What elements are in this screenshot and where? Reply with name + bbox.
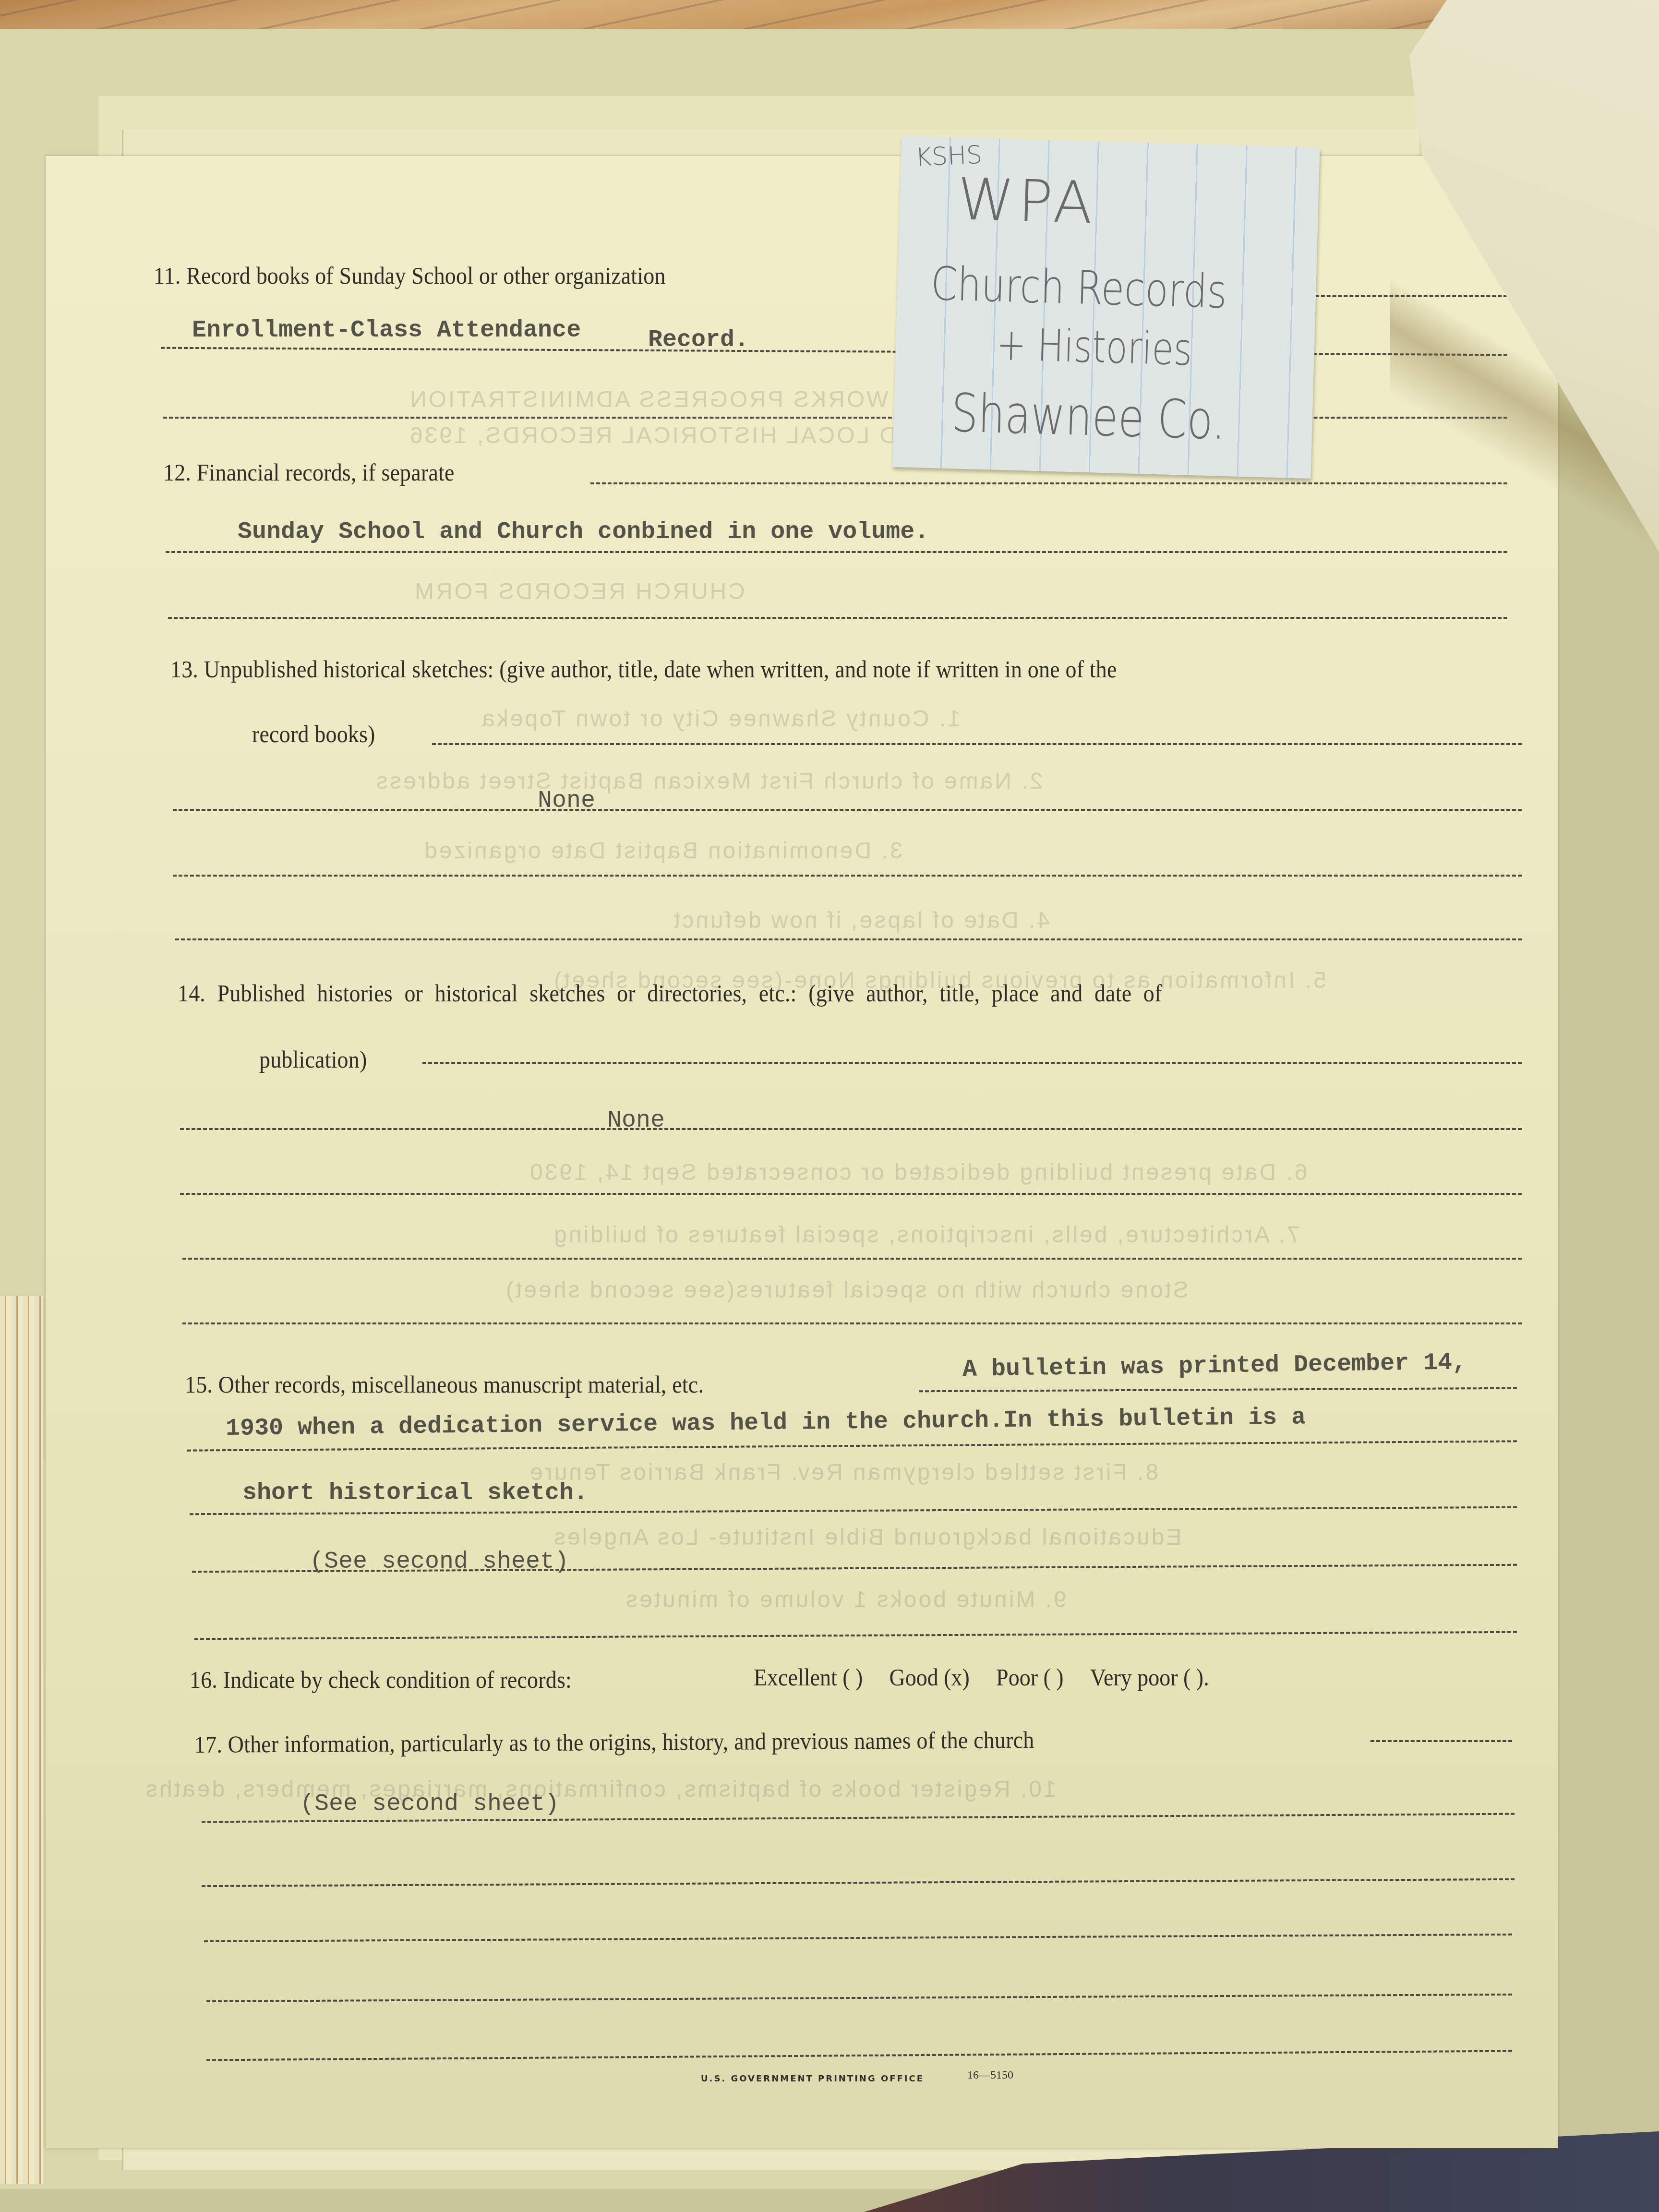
q12-fill-line-0[interactable] [590,482,1507,484]
note-line-histories: + Histories [996,319,1192,375]
bleed-through-text: Stone church with no special features(se… [504,1277,1189,1303]
q16-option-good[interactable]: Good (x) [890,1663,970,1691]
bleed-through-text: 10. Register books of baptisms, confirma… [144,1776,1057,1803]
q16-label: 16. Indicate by check condition of recor… [190,1666,572,1694]
bleed-through-text: CHURCH RECORDS FORM [413,578,745,605]
q13-fill-line-3[interactable] [175,938,1522,940]
bleed-through-text: 7. Architecture, bells, inscriptions, sp… [552,1222,1300,1248]
checkbox-empty: ( ). [1183,1664,1209,1691]
q16-option-excellent[interactable]: Excellent ( ) [754,1663,863,1691]
church-records-form-page [46,156,1558,2148]
bleed-through-text: 2. Name of church First Mexican Baptist … [374,768,1043,794]
q13-label: 13. Unpublished historical sketches: (gi… [170,655,1117,683]
checkbox-empty: ( ) [1044,1664,1064,1691]
q14-answer-text: None [607,1107,665,1134]
bleed-through-text: 9. Minute books 1 volume of minutes [624,1587,1067,1613]
q15-label: 15. Other records, miscellaneous manuscr… [185,1370,704,1398]
bleed-through-text: Educational background Bible Institute- … [552,1524,1181,1551]
bleed-through-text: 8. First settled clergyman Rev. Frank Ba… [528,1459,1158,1486]
bleed-through-text: 6. Date present building dedicated or co… [528,1159,1308,1186]
left-paper-stack [0,1296,43,2184]
q12-answer-text: Sunday School and Church conbined in one… [238,518,929,546]
q14-label-continued: publication) [259,1046,367,1073]
bleed-through-text: 3. Denomination Baptist Date organized [422,838,903,864]
checkbox-empty: ( ) [842,1664,863,1691]
q16-option-very-poor[interactable]: Very poor ( ). [1090,1663,1209,1691]
q17-label: 17. Other information, particularly as t… [194,1726,1034,1758]
q11-label: 11. Record books of Sunday School or oth… [154,262,666,289]
q16-options: Excellent ( ) Good (x) Poor ( ) Very poo… [754,1663,1209,1691]
q14-fill-line-1[interactable] [180,1128,1522,1130]
q14-fill-line-3[interactable] [182,1258,1522,1260]
handwritten-sticky-note: KSHS WPA Church Records + Histories Shaw… [892,136,1320,479]
q12-fill-line-1[interactable] [166,551,1507,553]
bleed-through-text: 1. County Shawnee City or town Topeka [480,706,961,732]
q14-fill-line-2[interactable] [180,1193,1522,1195]
q14-label: 14. Published histories or historical sk… [178,979,1162,1007]
note-line-church-records: Church Records [930,257,1227,319]
bleed-through-text: 4. Date of lapse, if now defunct [672,907,1050,934]
q12-fill-line-2[interactable] [168,617,1507,619]
note-line-wpa: WPA [956,166,1097,237]
q15-answer-line-3: short historical sketch. [242,1479,588,1507]
bleed-through-text: WORKS PROGRESS ADMINISTRATION [408,386,889,413]
q14-fill-line-0[interactable] [422,1062,1522,1064]
q13-fill-line-0[interactable] [432,743,1522,745]
form-number: 16—5150 [967,2069,1013,2082]
q13-label-continued: record books) [252,720,375,748]
q13-fill-line-2[interactable] [173,875,1522,877]
printer-credit: U.S. GOVERNMENT PRINTING OFFICE [701,2074,924,2084]
checkbox-checked-x-icon: (x) [944,1664,970,1691]
q11-answer-text: Enrollment-Class Attendance [192,317,581,344]
q17-fill-line-0[interactable] [1370,1740,1512,1742]
q13-fill-line-1[interactable] [173,809,1522,811]
q14-fill-line-4[interactable] [182,1322,1522,1324]
q12-label: 12. Financial records, if separate [163,458,455,486]
q16-option-poor[interactable]: Poor ( ) [996,1663,1064,1691]
q17-answer-text: (See second sheet) [300,1791,559,1818]
note-line-shawnee-co: Shawnee Co. [950,382,1226,451]
